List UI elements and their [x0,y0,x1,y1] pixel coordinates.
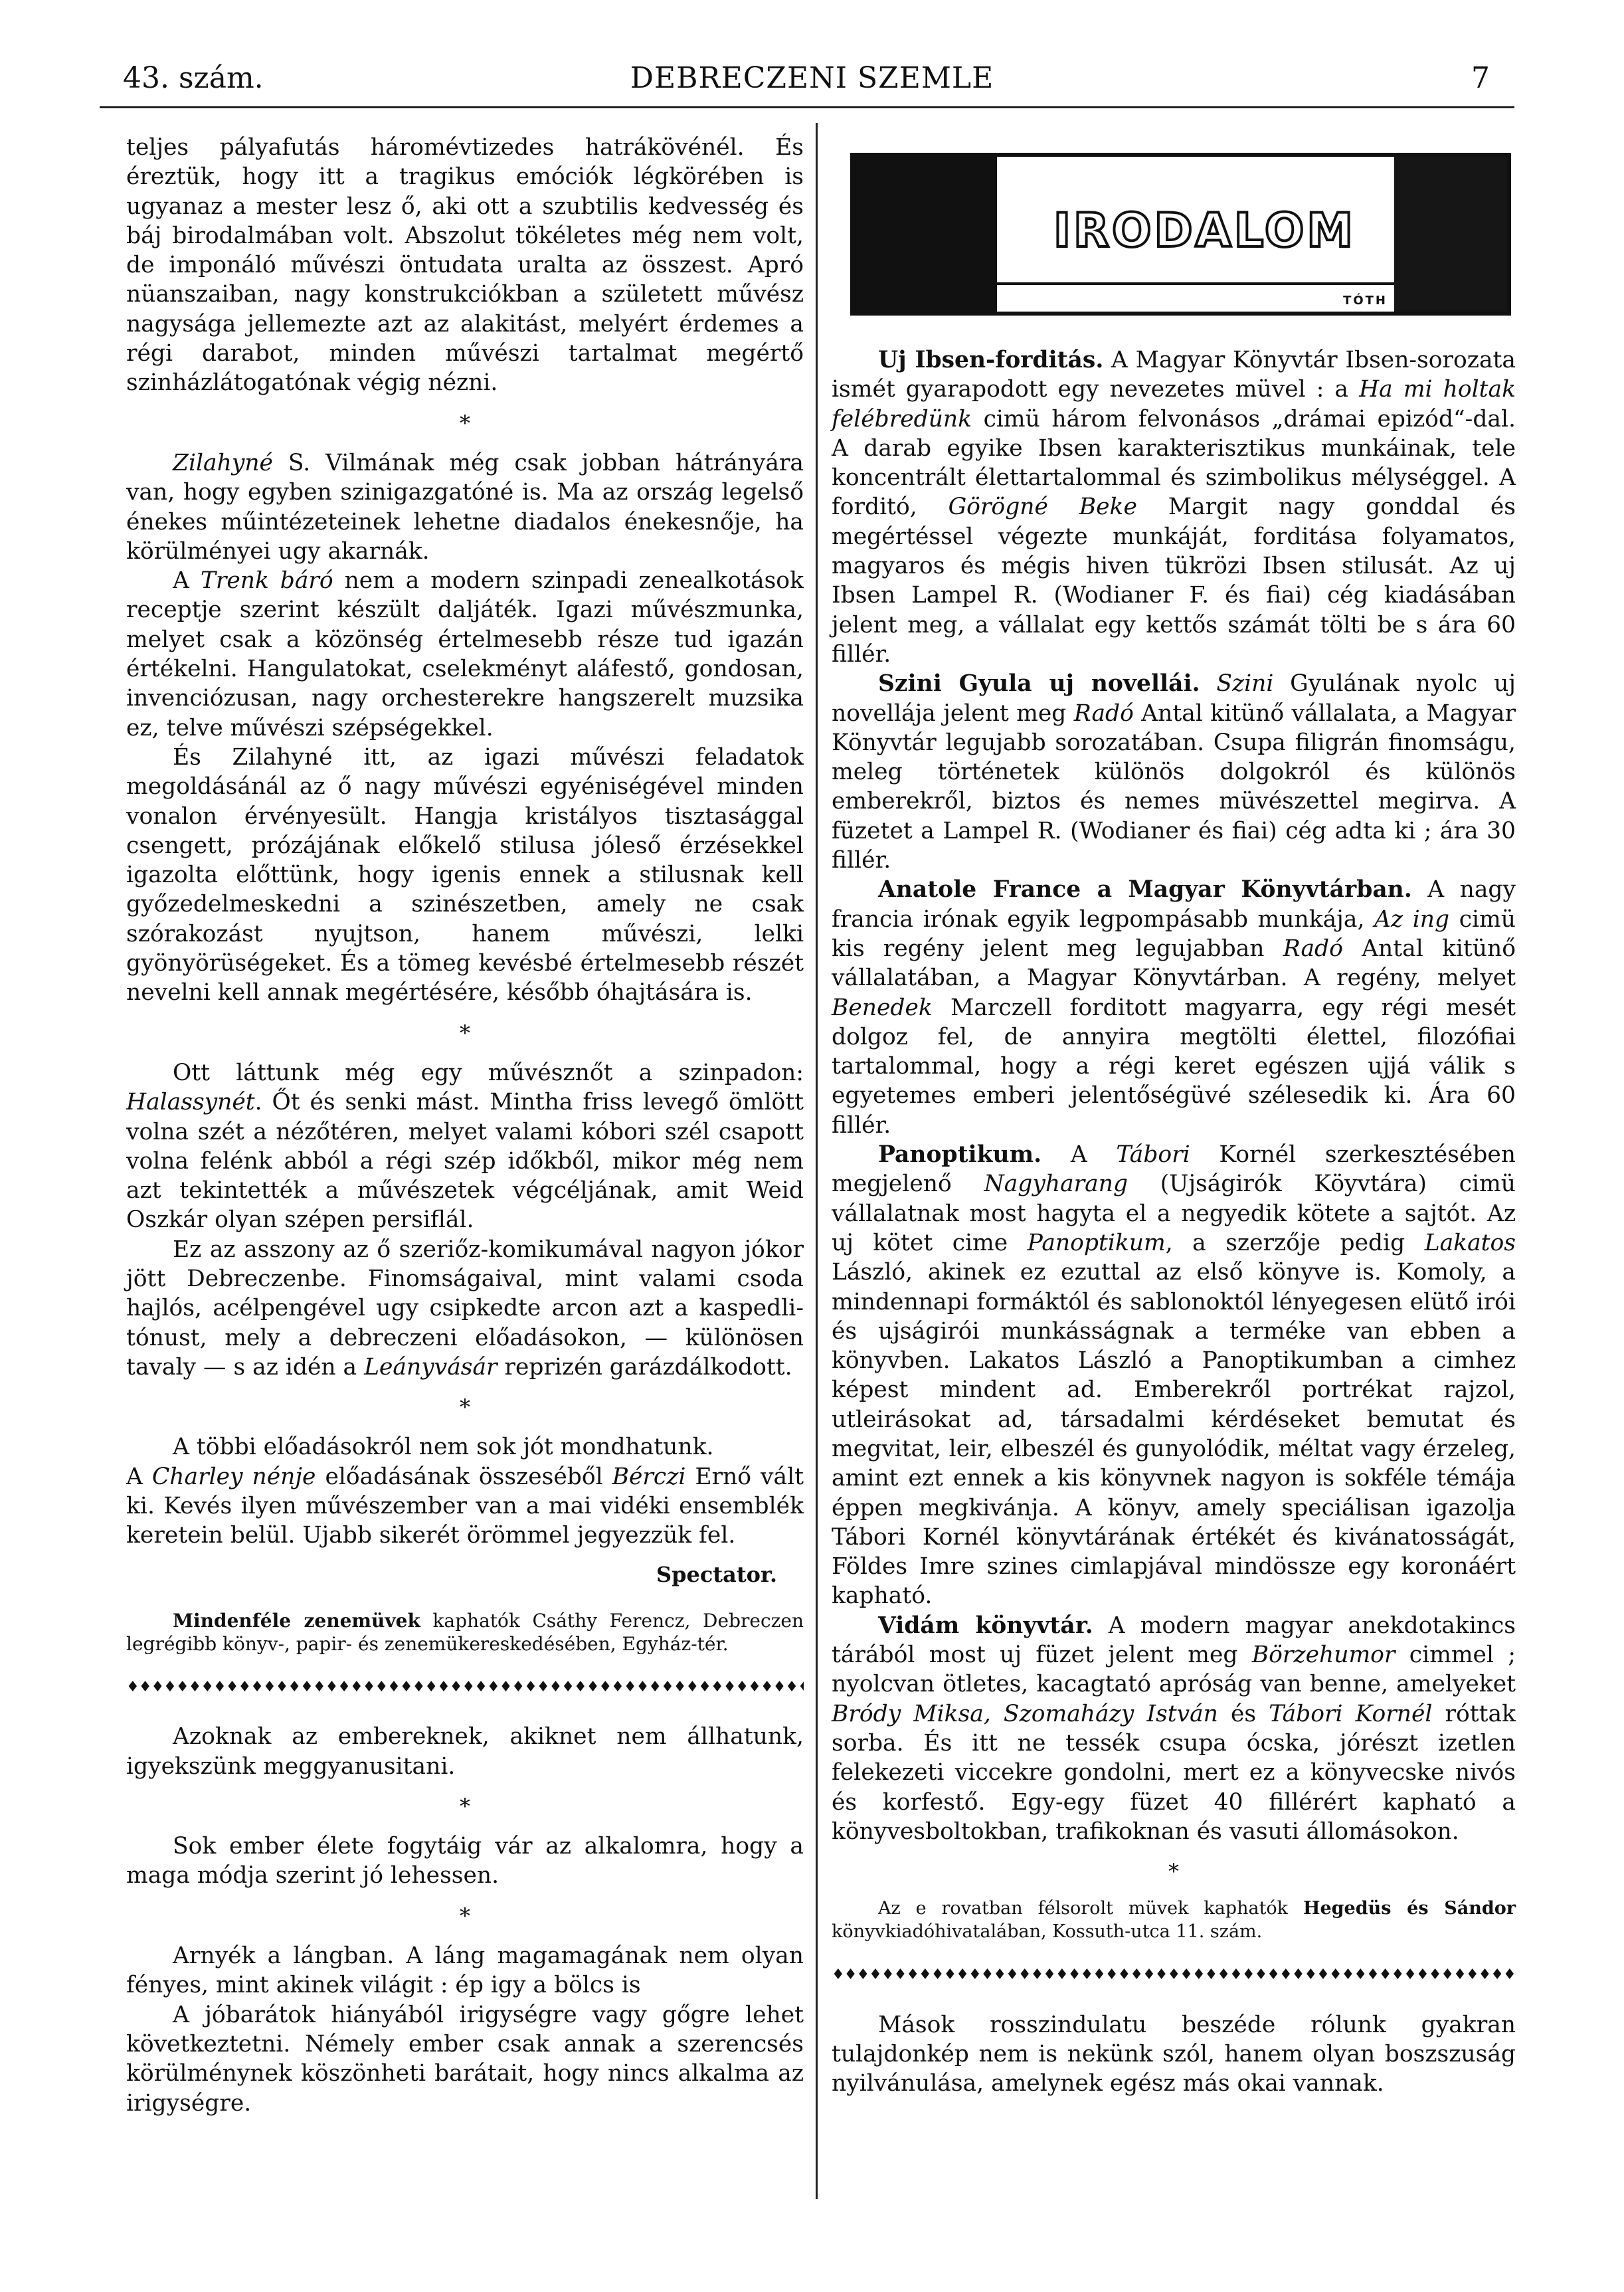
paragraph-text: A [1041,1141,1116,1168]
emphasis-title: Panoptikum [1028,1230,1166,1256]
publisher-note: Az e rovatban félsorolt müvek kaphatók H… [832,1897,1516,1943]
newspaper-title: DEBRECZENI SZEMLE [0,61,1624,95]
page-number: 7 [1471,61,1490,95]
column-divider [816,123,818,2199]
emphasis-title: Charley nénje [152,1464,316,1490]
ad-headline: Mindenféle zenemüvek [173,1610,420,1632]
section-asterisk: * [126,1018,804,1048]
header-rule [100,106,1514,108]
paragraph-text: könyvkiadóhivatalában, Kossuth-utca 11. … [832,1921,1262,1942]
emphasis-name: Tábori [1116,1141,1190,1168]
item-headline: Panoptikum. [878,1141,1041,1168]
aphorism: Mások rosszindulatu beszéde rólunk gyakr… [832,2010,1516,2099]
left-column: teljes pályafutás háromévtizedes hatrákö… [126,133,804,2118]
paragraph-text: László, akinek ez ezuttal az első könyve… [832,1259,1516,1609]
emphasis-title: Nagyharang [984,1171,1128,1197]
paragraph-text: A [126,1464,152,1490]
emphasis-name: Halassynét [126,1089,255,1115]
literature-item: Uj Ibsen-forditás. A Magyar Könyvtár Ibs… [832,345,1516,669]
emphasis-name: Zilahyné [173,450,273,476]
emphasis-name: Benedek [832,995,933,1021]
emphasis-title: Leányvásár [364,1354,497,1381]
emphasis-title: Az ing [1374,906,1449,933]
literature-item: Panoptikum. A Tábori Kornél szerkesztésé… [832,1140,1516,1611]
paragraph-text: Ott láttunk még egy művésznőt a szinpado… [173,1060,804,1086]
theatre-review-paragraph: Ott láttunk még egy művésznőt a szinpado… [126,1058,804,1235]
theatre-review-paragraph: Zilahyné S. Vilmának még csak jobban hát… [126,448,804,566]
theatre-review-paragraph: A többi előadásokról nem sok jót mondhat… [126,1432,804,1462]
right-column: Uj Ibsen-forditás. A Magyar Könyvtár Ibs… [832,345,1516,2099]
emphasis-name: Lakatos [1425,1230,1516,1256]
emphasis-title: Trenk báró [201,567,333,594]
item-headline: Vidám könyvtár. [878,1612,1093,1639]
ornamental-divider: ♦♦♦♦♦♦♦♦♦♦♦♦♦♦♦♦♦♦♦♦♦♦♦♦♦♦♦♦♦♦♦♦♦♦♦♦♦♦♦♦… [832,1960,1516,1990]
emphasis-name: Bérczi [612,1464,686,1490]
literature-item: Anatole France a Magyar Könyvtárban. A n… [832,875,1516,1140]
theatre-review-paragraph: És Zilahyné itt, az igazi művészi felada… [126,743,804,1008]
paragraph-text: A [173,567,201,594]
emphasis-name: Bródy Miksa, Szomaházy István [832,1701,1218,1727]
aphorism: A jóbarátok hiányából irigységre vagy gő… [126,2000,804,2118]
section-asterisk: * [126,409,804,438]
illustrator-signature: TÓTH [1343,294,1388,308]
paragraph-text: Az e rovatban félsorolt müvek kaphatók [878,1898,1303,1919]
section-asterisk: * [832,1857,1516,1886]
emphasis-name: Radó [1074,700,1134,727]
bookshelf-illustration [1394,157,1507,312]
emphasis-title: Börzehumor [1252,1642,1396,1668]
emphasis-name: Görögné Beke [948,494,1137,520]
emphasis-name: Szini [1216,670,1273,697]
section-asterisk: * [126,1901,804,1931]
paragraph-text: és [1218,1701,1269,1727]
aphorism: Sok ember élete fogytáig vár az alkalomr… [126,1832,804,1891]
writer-portrait-illustration [854,157,997,312]
section-asterisk: * [126,1392,804,1422]
publisher-name: Hegedüs és Sándor [1303,1898,1516,1919]
aphorism: Azoknak az embereknek, akiknet nem állha… [126,1722,804,1781]
irodalom-banner: IRODALOM TÓTH [838,133,1516,326]
aphorism: Arnyék a lángban. A láng magamagának nem… [126,1941,804,2000]
paragraph-text: Marczell forditott magyarra, egy régi me… [832,995,1516,1139]
section-asterisk: * [126,1792,804,1821]
paragraph-text: előadásának összeséből [316,1464,612,1490]
emphasis-name: Tábori Kornél [1269,1701,1432,1727]
literature-item: Vidám könyvtár. A modern magyar anekdota… [832,1611,1516,1846]
ornamental-divider: ♦♦♦♦♦♦♦♦♦♦♦♦♦♦♦♦♦♦♦♦♦♦♦♦♦♦♦♦♦♦♦♦♦♦♦♦♦♦♦♦… [126,1673,804,1702]
theatre-review-paragraph: Ez az asszony az ő szeriőz-komikumával n… [126,1235,804,1382]
item-headline: Anatole France a Magyar Könyvtárban. [878,876,1412,903]
author-signature: Spectator. [126,1560,777,1589]
theatre-review-paragraph: teljes pályafutás háromévtizedes hatrákö… [126,133,804,398]
item-headline: Szini Gyula uj novellái. [878,670,1200,697]
desk-line [997,282,1394,285]
advertisement: Mindenféle zenemüvek kaphatók Csáthy Fer… [126,1609,804,1656]
banner-illustration: IRODALOM TÓTH [850,153,1511,316]
section-title: IRODALOM [1053,203,1356,258]
literature-item: Szini Gyula uj novellái. Szini Gyulának … [832,669,1516,875]
theatre-review-paragraph: A Charley nénje előadásának összeséből B… [126,1462,804,1551]
theatre-review-paragraph: A Trenk báró nem a modern szinpadi zenea… [126,566,804,743]
paragraph-text: reprizén garázdálkodott. [497,1354,792,1381]
paragraph-text: , a szerzője pedig [1166,1230,1425,1256]
item-headline: Uj Ibsen-forditás. [878,347,1103,373]
emphasis-name: Radó [1283,935,1343,962]
page-header: 43. szám. DEBRECZENI SZEMLE 7 [0,0,1624,106]
